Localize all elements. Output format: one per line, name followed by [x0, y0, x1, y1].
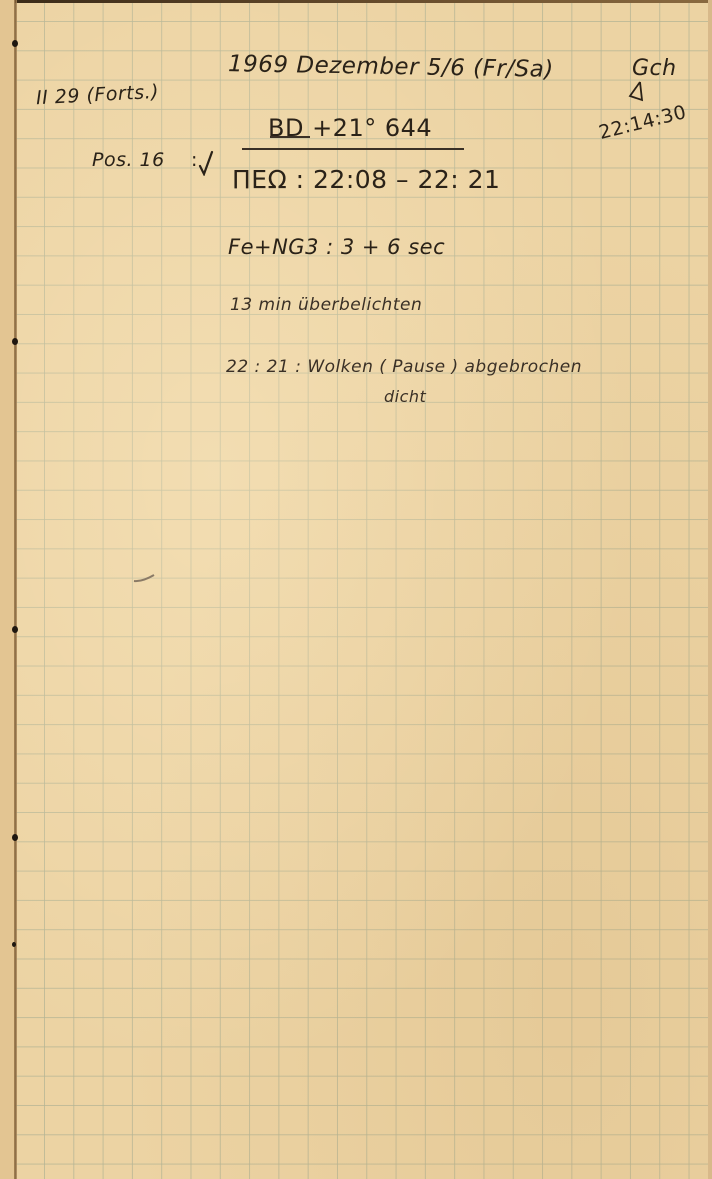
punch-hole: [12, 338, 18, 345]
position-label: Pos. 16: [92, 149, 165, 171]
header-rule: [242, 148, 464, 150]
page-top-edge: [0, 0, 712, 3]
comparison-exposure: Fe+NG3 : 3 + 6 sec: [228, 235, 445, 259]
abort-note-continuation: dicht: [384, 387, 426, 406]
object-designation: BD +21° 644: [268, 114, 432, 142]
position-colon: :: [191, 149, 198, 171]
notebook-page: II 29 (Forts.) Pos. 16 : 1969 Dezember 5…: [0, 0, 712, 1179]
punch-hole: [12, 626, 18, 633]
exposure-range: ΠΕΩ : 22:08 – 22: 21: [232, 165, 500, 194]
abort-note: 22 : 21 : Wolken ( Pause ) abgebrochen: [226, 357, 582, 377]
left-margin-strip: [0, 0, 15, 1179]
punch-hole: [12, 40, 18, 47]
observation-date: 1969 Dezember 5/6 (Fr/Sa): [228, 51, 554, 83]
punch-hole: [12, 834, 18, 841]
initials-flourish-icon: [626, 80, 656, 102]
binding-fold-line: [14, 0, 17, 1179]
check-mark-icon: [198, 150, 214, 176]
rotated-timestamp: 22:14:30: [597, 101, 689, 144]
page-right-edge: [708, 0, 712, 1179]
punch-hole: [12, 942, 16, 947]
object-prefix-underline: [270, 136, 310, 138]
observer-initials: Gch: [632, 56, 677, 81]
stray-pencil-mark-icon: [132, 572, 158, 584]
overexposure-note: 13 min überbelichten: [230, 295, 422, 315]
volume-reference: II 29 (Forts.): [36, 81, 160, 109]
